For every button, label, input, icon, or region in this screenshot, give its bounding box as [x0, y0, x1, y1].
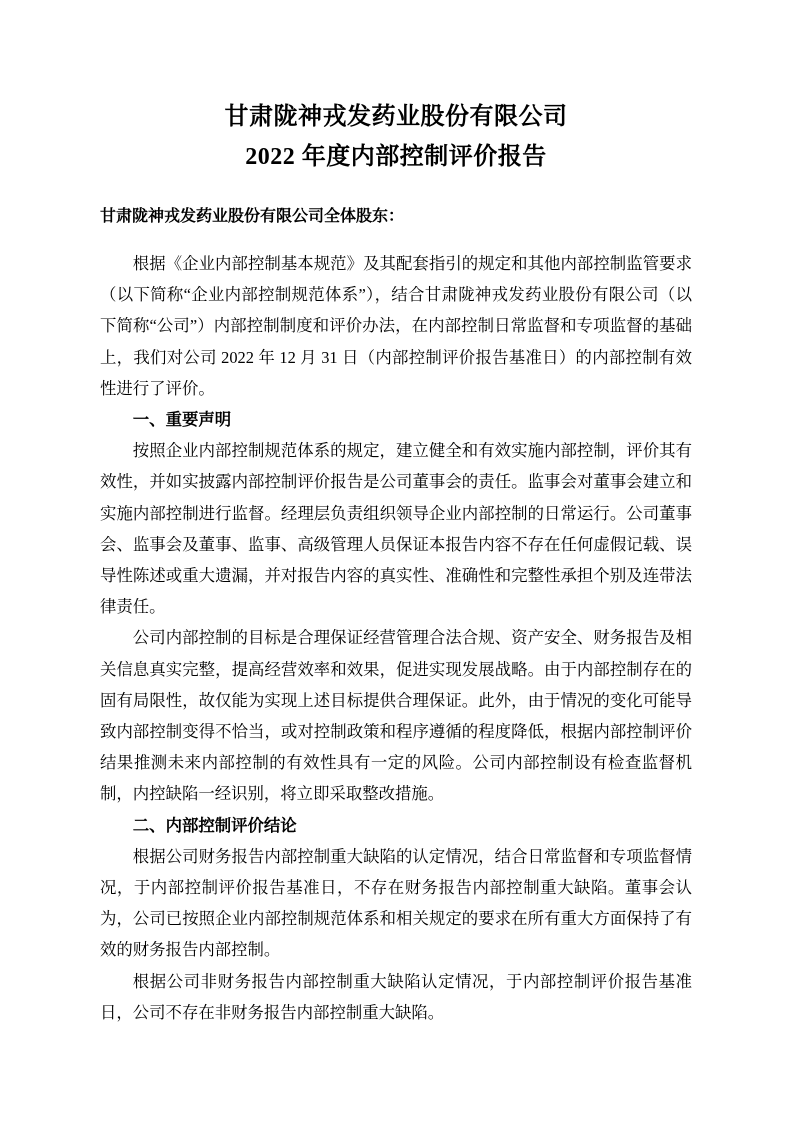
intro-paragraph: 根据《企业内部控制基本规范》及其配套指引的规定和其他内部控制监管要求（以下简称“… — [100, 248, 692, 404]
important-statement-paragraph-1: 按照企业内部控制规范体系的规定，建立健全和有效实施内部控制，评价其有效性，并如实… — [100, 435, 692, 622]
section-heading-important-statement: 一、重要声明 — [100, 404, 692, 435]
evaluation-conclusion-paragraph-1: 根据公司财务报告内部控制重大缺陷的认定情况，结合日常监督和专项监督情况，于内部控… — [100, 841, 692, 966]
evaluation-conclusion-paragraph-2: 根据公司非财务报告内部控制重大缺陷认定情况，于内部控制评价报告基准日，公司不存在… — [100, 966, 692, 1028]
document-title-report: 2022 年度内部控制评价报告 — [100, 137, 692, 177]
report-page: 甘肃陇神戎发药业股份有限公司 2022 年度内部控制评价报告 甘肃陇神戎发药业股… — [0, 0, 793, 1122]
document-title-company: 甘肃陇神戎发药业股份有限公司 — [100, 97, 692, 137]
section-heading-evaluation-conclusion: 二、内部控制评价结论 — [100, 810, 692, 841]
important-statement-paragraph-2: 公司内部控制的目标是合理保证经营管理合法合规、资产安全、财务报告及相关信息真实完… — [100, 622, 692, 809]
salutation-shareholders: 甘肃陇神戎发药业股份有限公司全体股东： — [100, 201, 692, 232]
